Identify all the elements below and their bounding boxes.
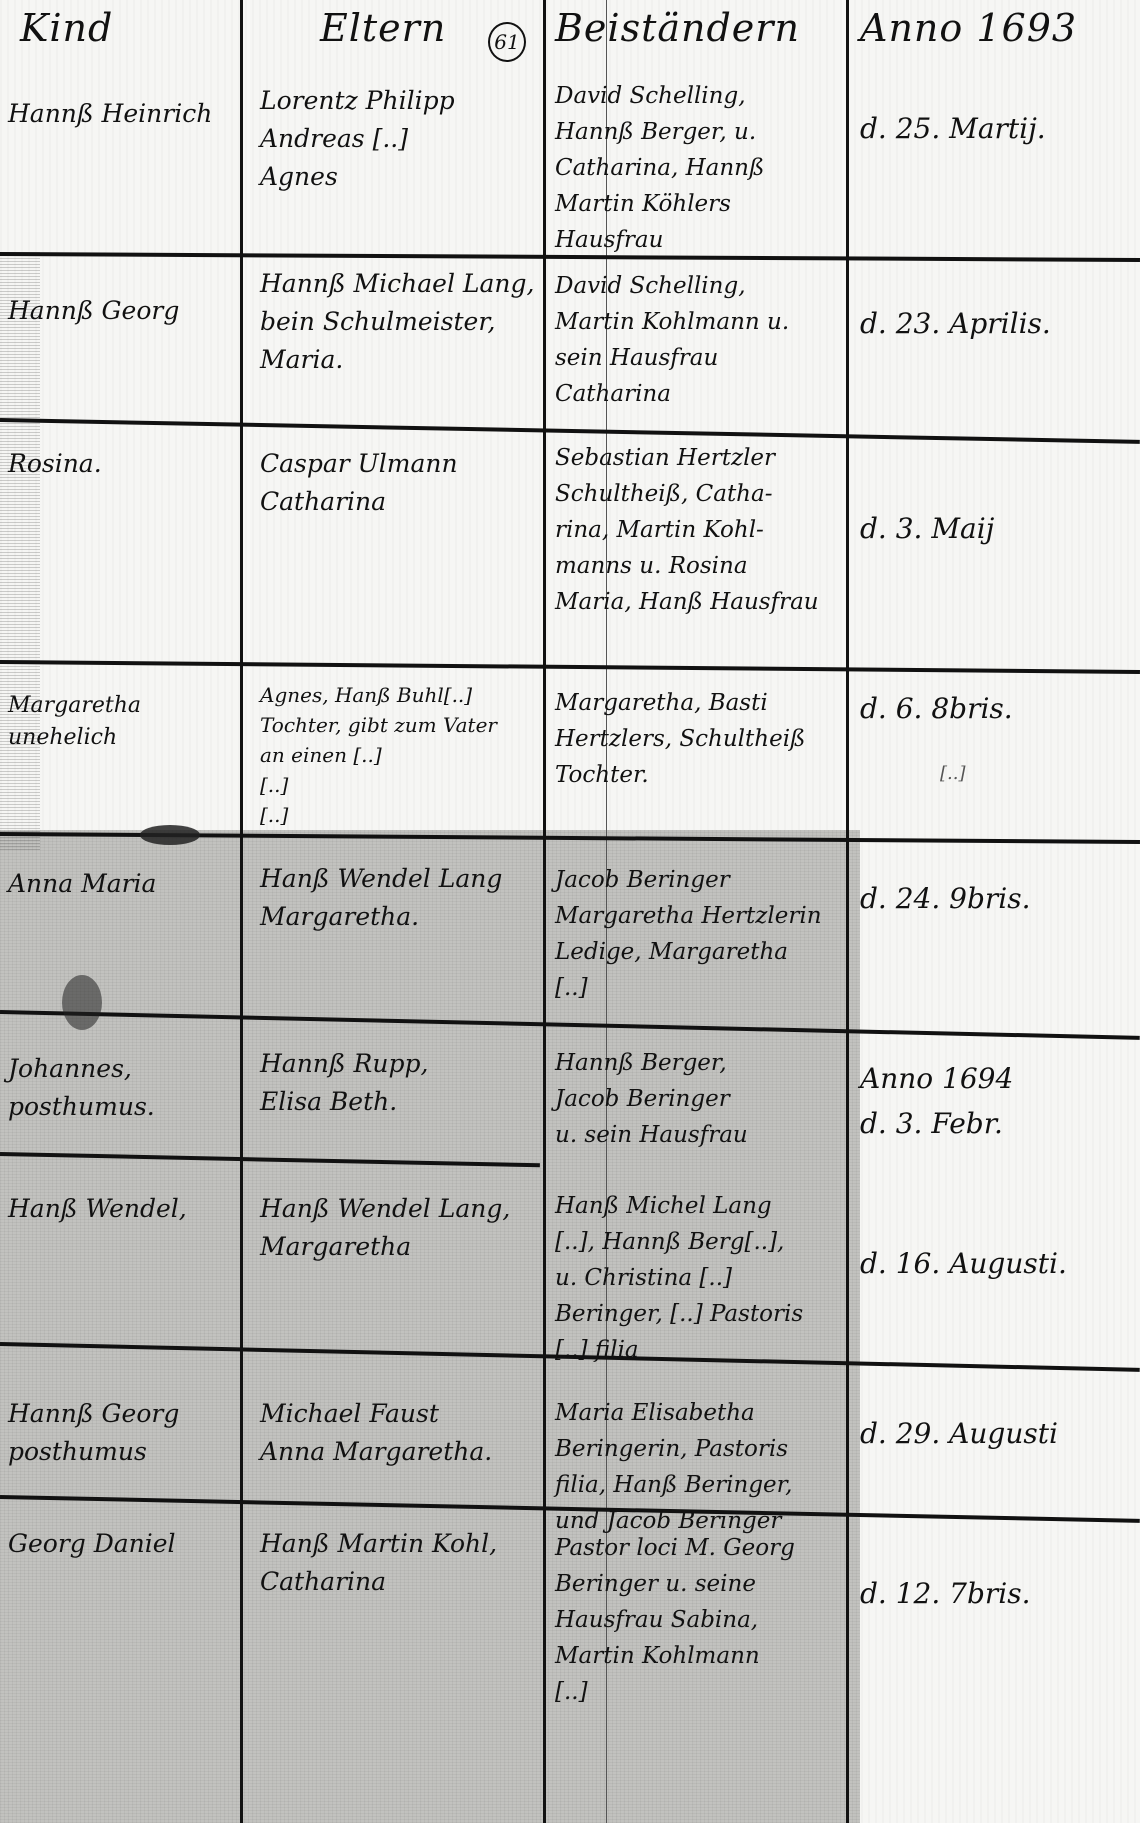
entry-7-date: d. 16. Augusti. — [860, 1245, 1140, 1283]
entry-5-date: d. 24. 9bris. — [860, 880, 1140, 918]
entry-6-parents: Hannß Rupp, Elisa Beth. — [260, 1045, 540, 1121]
entry-6-date: d. 3. Febr. — [860, 1105, 1140, 1143]
column-rule-2 — [543, 0, 546, 1823]
entry-7-child: Hanß Wendel, — [8, 1190, 238, 1228]
header-beistaendern: Beiständern — [555, 6, 800, 50]
entry-8-child: Hannß Georg posthumus — [8, 1395, 238, 1471]
entry-1-child: Hannß Heinrich — [8, 95, 238, 133]
register-page: Kind Eltern 61 Beiständern Anno 1693 Han… — [0, 0, 1140, 1823]
entry-3-date: d. 3. Maij — [860, 510, 1140, 548]
entry-9-godparents: Pastor loci M. Georg Beringer u. seine H… — [555, 1530, 840, 1710]
entry-4-child: Margaretha unehelich — [8, 690, 238, 754]
header-year: Anno 1693 — [860, 6, 1077, 50]
entry-9-parents: Hanß Martin Kohl, Catharina — [260, 1525, 540, 1601]
entry-5-child: Anna Maria — [8, 865, 238, 903]
scan-edge-shading — [0, 250, 40, 850]
column-rule-1 — [240, 0, 243, 1823]
entry-8-parents: Michael Faust Anna Margaretha. — [260, 1395, 540, 1471]
ink-blot — [140, 825, 200, 845]
entry-2-godparents: David Schelling, Martin Kohlmann u. sein… — [555, 268, 840, 412]
entry-6-year-marker: Anno 1694 — [860, 1060, 1140, 1098]
entry-9-date: d. 12. 7bris. — [860, 1575, 1140, 1613]
entry-1-parents: Lorentz Philipp Andreas [..] Agnes — [260, 82, 540, 196]
entry-4-date: d. 6. 8bris. — [860, 690, 1140, 728]
entry-4-godparents: Margaretha, Basti Hertzlers, Schultheiß … — [555, 685, 840, 793]
header-kind: Kind — [20, 6, 113, 50]
entry-3-godparents: Sebastian Hertzler Schultheiß, Catha- ri… — [555, 440, 840, 620]
entry-6-child: Johannes, posthumus. — [8, 1050, 238, 1126]
entry-1-godparents: David Schelling, Hannß Berger, u. Cathar… — [555, 78, 840, 258]
entry-9-child: Georg Daniel — [8, 1525, 238, 1563]
entry-5-godparents: Jacob Beringer Margaretha Hertzlerin Led… — [555, 862, 840, 1006]
entry-1-date: d. 25. Martij. — [860, 110, 1140, 148]
entry-2-date: d. 23. Aprilis. — [860, 305, 1140, 343]
entry-4-note: [..] — [940, 755, 1140, 793]
entry-5-parents: Hanß Wendel Lang Margaretha. — [260, 860, 540, 936]
row-rule — [0, 660, 1140, 674]
entry-2-child: Hannß Georg — [8, 292, 238, 330]
entry-4-parents: Agnes, Hanß Buhl[..] Tochter, gibt zum V… — [260, 680, 540, 830]
entry-6-godparents: Hannß Berger, Jacob Beringer u. sein Hau… — [555, 1045, 840, 1153]
entry-2-parents: Hannß Michael Lang, bein Schulmeister, M… — [260, 265, 540, 379]
page-number: 61 — [488, 22, 526, 62]
header-eltern: Eltern — [320, 6, 446, 50]
ink-stain — [62, 975, 102, 1030]
entry-7-parents: Hanß Wendel Lang, Margaretha — [260, 1190, 540, 1266]
column-rule-3 — [846, 0, 849, 1823]
entry-7-godparents: Hanß Michel Lang [..], Hannß Berg[..], u… — [555, 1188, 840, 1368]
entry-3-child: Rosina. — [8, 445, 238, 483]
entry-8-date: d. 29. Augusti — [860, 1415, 1140, 1453]
entry-3-parents: Caspar Ulmann Catharina — [260, 445, 540, 521]
entry-8-godparents: Maria Elisabetha Beringerin, Pastoris fi… — [555, 1395, 840, 1539]
